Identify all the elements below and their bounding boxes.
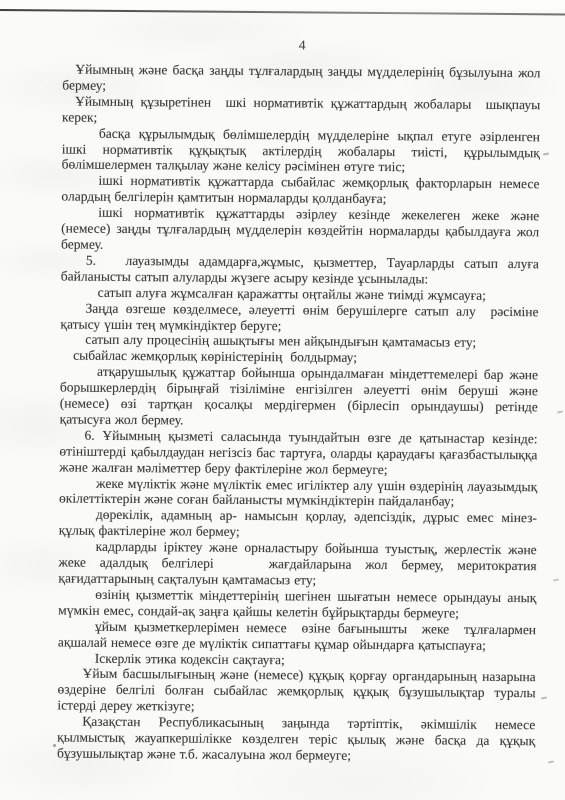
- paragraph: кадрларды іріктеу және орналастыру бойын…: [58, 539, 536, 590]
- paragraph: атқарушылық құжаттар бойынша орындалмаға…: [60, 364, 538, 431]
- paragraph: ішкі нормативтік құжаттарды әзірлеу кезі…: [61, 205, 539, 256]
- paragraph: басқа құрылымдық бөлімшелердің мүдделері…: [62, 125, 540, 176]
- paragraph: ұйым қызметкерлерімен немесе өзіне бағын…: [58, 618, 536, 654]
- page-number: 4: [64, 36, 541, 56]
- document-body: Ұйымның және басқа заңды тұлғалардың заң…: [57, 61, 540, 765]
- paragraph: өзінің қызметтік міндеттерінің шегінен ш…: [58, 586, 536, 622]
- paragraph: жеке мүліктік және мүліктік емес игілікт…: [59, 475, 537, 511]
- scanned-page: 4 Ұйымның және басқа заңды тұлғалардың з…: [0, 0, 565, 800]
- paragraph: Ұйымның құзыретінен шкі нормативтік құжа…: [62, 93, 540, 129]
- scan-edge-line: [0, 9, 565, 15]
- paragraph: Ұйым басшылығының және (немесе) құқық қо…: [57, 666, 535, 717]
- page-content: 4 Ұйымның және басқа заңды тұлғалардың з…: [0, 0, 565, 800]
- paragraph: Қазақстан Республикасының заңында тәртіп…: [57, 714, 535, 765]
- paragraph: ішкі нормативтік құжаттарда сыбайлас жем…: [61, 173, 539, 209]
- paragraph: Ұйымның және басқа заңды тұлғалардың заң…: [62, 61, 540, 97]
- scan-artifact-speck: [53, 744, 56, 747]
- paragraph: 6. Ұйымның қызметі саласында туындайтын …: [59, 427, 537, 478]
- paragraph: 5. лауазымды адамдарға,жұмыс, қызметтер,…: [61, 252, 539, 288]
- paragraph: дөрекілік, адамның ар- намысын қорлау, ә…: [59, 507, 537, 543]
- paragraph: Заңда өзгеше көзделмесе, әлеуетті өнім б…: [60, 300, 538, 336]
